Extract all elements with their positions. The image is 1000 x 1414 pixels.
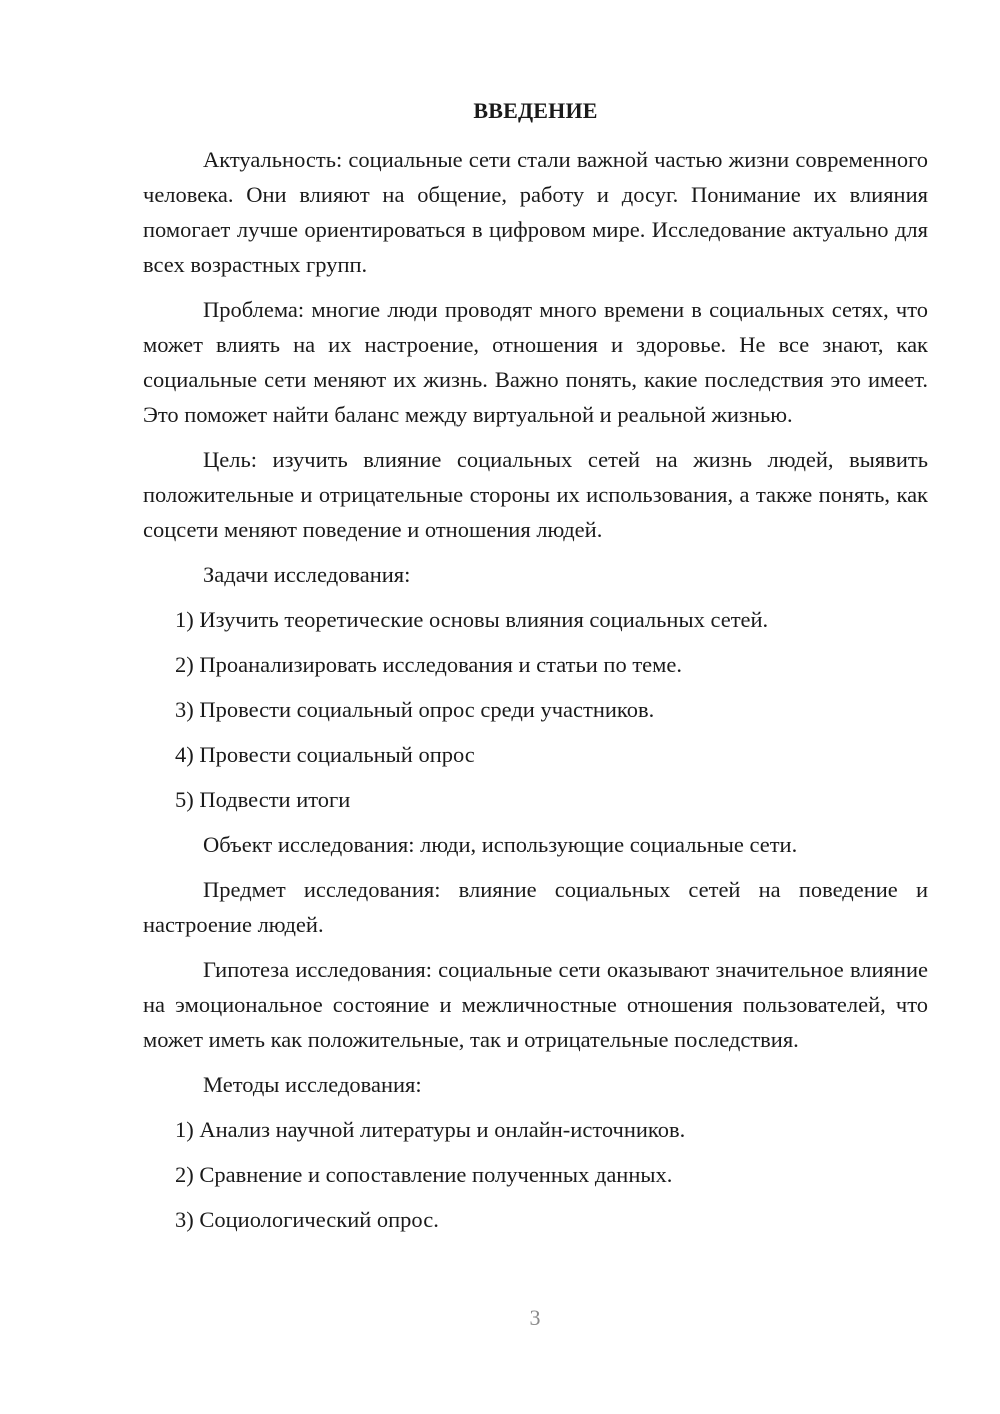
tasks-list: 1) Изучить теоретические основы влияния … <box>143 602 928 817</box>
task-item: 1) Изучить теоретические основы влияния … <box>143 602 928 637</box>
paragraph-relevance: Актуальность: социальные сети стали важн… <box>143 142 928 282</box>
method-item: 3) Социологический опрос. <box>143 1202 928 1237</box>
paragraph-goal: Цель: изучить влияние социальных сетей н… <box>143 442 928 547</box>
paragraph-hypothesis: Гипотеза исследования: социальные сети о… <box>143 952 928 1057</box>
methods-heading: Методы исследования: <box>143 1067 928 1102</box>
paragraph-object: Объект исследования: люди, использующие … <box>143 827 928 862</box>
method-item: 2) Сравнение и сопоставление полученных … <box>143 1157 928 1192</box>
task-item: 5) Подвести итоги <box>143 782 928 817</box>
section-heading: ВВЕДЕНИЕ <box>143 94 928 128</box>
task-item: 4) Провести социальный опрос <box>143 737 928 772</box>
paragraph-subject: Предмет исследования: влияние социальных… <box>143 872 928 942</box>
document-page: ВВЕДЕНИЕ Актуальность: социальные сети с… <box>143 94 928 1247</box>
methods-list: 1) Анализ научной литературы и онлайн-ис… <box>143 1112 928 1237</box>
task-item: 2) Проанализировать исследования и стать… <box>143 647 928 682</box>
tasks-heading: Задачи исследования: <box>143 557 928 592</box>
paragraph-problem: Проблема: многие люди проводят много вре… <box>143 292 928 432</box>
page-number: 3 <box>0 1301 1000 1335</box>
task-item: 3) Провести социальный опрос среди участ… <box>143 692 928 727</box>
method-item: 1) Анализ научной литературы и онлайн-ис… <box>143 1112 928 1147</box>
